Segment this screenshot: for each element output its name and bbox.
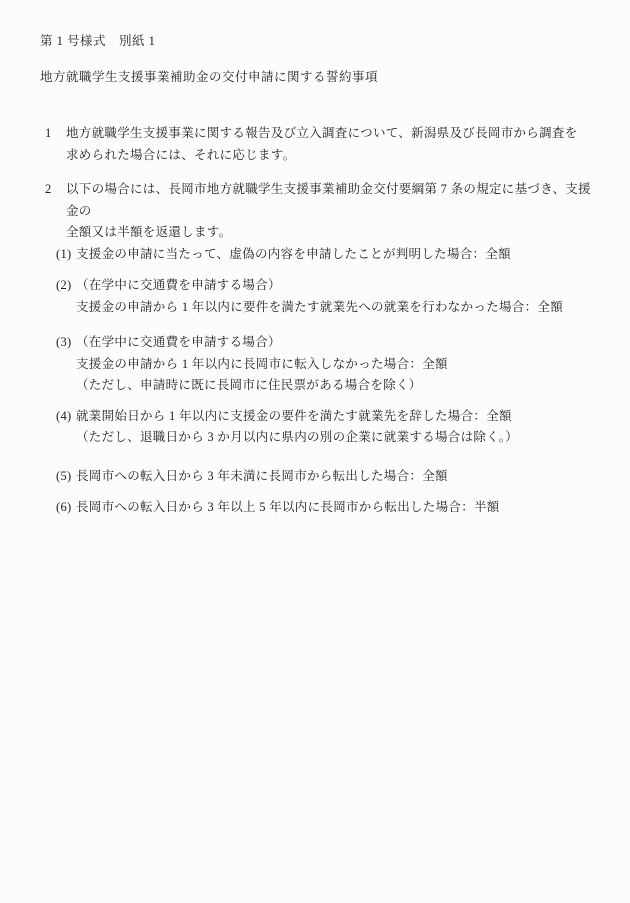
- clause-2-subitem-3: (3) （在学中に交通費を申請する場合） 支援金の申請から 1 年以内に長岡市に…: [56, 332, 592, 397]
- subitem-1-line-1: 支援金の申請に当たって、虚偽の内容を申請したことが判明した場合：全額: [76, 244, 592, 266]
- subitem-4-line-1: 就業開始日から 1 年以内に支援金の要件を満たす就業先を辞した場合：全額: [76, 406, 592, 428]
- subitem-5-line-1: 長岡市への転入日から 3 年未満に長岡市から転出した場合：全額: [76, 466, 592, 488]
- clause-2-subitem-5: (5) 長岡市への転入日から 3 年未満に長岡市から転出した場合：全額: [56, 466, 592, 488]
- subitem-3-number: (3): [56, 332, 76, 397]
- clause-2-line-2: 全額又は半額を返還します。: [66, 222, 592, 244]
- subitem-2-line-2: 支援金の申請から 1 年以内に要件を満たす就業先への就業を行わなかった場合：全額: [76, 297, 592, 319]
- clause-2-subitem-6: (6) 長岡市への転入日から 3 年以上 5 年以内に長岡市から転出した場合：半…: [56, 497, 592, 519]
- subitem-3-line-1: （在学中に交通費を申請する場合）: [76, 332, 592, 354]
- subitem-4-number: (4): [56, 406, 76, 449]
- clause-2-text: 以下の場合には、長岡市地方就職学生支援事業補助金交付要綱第 7 条の規定に基づき…: [66, 179, 592, 244]
- clause-2-subitem-2: (2) （在学中に交通費を申請する場合） 支援金の申請から 1 年以内に要件を満…: [56, 275, 592, 318]
- subitem-2-number: (2): [56, 275, 76, 318]
- clause-2-subitem-4: (4) 就業開始日から 1 年以内に支援金の要件を満たす就業先を辞した場合：全額…: [56, 406, 592, 449]
- clause-1-number: 1: [45, 123, 66, 166]
- clause-2-number: 2: [45, 179, 66, 244]
- subitem-1-text: 支援金の申請に当たって、虚偽の内容を申請したことが判明した場合：全額: [76, 244, 592, 266]
- subitem-5-number: (5): [56, 466, 76, 488]
- clause-2: 2 以下の場合には、長岡市地方就職学生支援事業補助金交付要綱第 7 条の規定に基…: [45, 179, 592, 244]
- subitem-2-text: （在学中に交通費を申請する場合） 支援金の申請から 1 年以内に要件を満たす就業…: [76, 275, 592, 318]
- subitem-3-line-2: 支援金の申請から 1 年以内に長岡市に転入しなかった場合：全額: [76, 354, 592, 376]
- subitem-6-line-1: 長岡市への転入日から 3 年以上 5 年以内に長岡市から転出した場合：半額: [76, 497, 592, 519]
- subitem-6-number: (6): [56, 497, 76, 519]
- page-title: 地方就職学生支援事業補助金の交付申請に関する誓約事項: [40, 67, 592, 89]
- clause-1: 1 地方就職学生支援事業に関する報告及び立入調査について、新潟県及び長岡市から調…: [45, 123, 592, 166]
- subitem-3-text: （在学中に交通費を申請する場合） 支援金の申請から 1 年以内に長岡市に転入しな…: [76, 332, 592, 397]
- subitem-4-text: 就業開始日から 1 年以内に支援金の要件を満たす就業先を辞した場合：全額 （ただ…: [76, 406, 592, 449]
- clause-2-line-1: 以下の場合には、長岡市地方就職学生支援事業補助金交付要綱第 7 条の規定に基づき…: [66, 179, 592, 222]
- clause-1-text: 地方就職学生支援事業に関する報告及び立入調査について、新潟県及び長岡市から調査を…: [66, 123, 592, 166]
- subitem-5-text: 長岡市への転入日から 3 年未満に長岡市から転出した場合：全額: [76, 466, 592, 488]
- subitem-2-line-1: （在学中に交通費を申請する場合）: [76, 275, 592, 297]
- document-page: 第 1 号様式 別紙 1 地方就職学生支援事業補助金の交付申請に関する誓約事項 …: [0, 0, 630, 903]
- clause-1-line-2: 求められた場合には、それに応じます。: [66, 145, 592, 167]
- subitem-4-line-2: （ただし、退職日から 3 か月以内に県内の別の企業に就業する場合は除く。）: [76, 427, 592, 449]
- clause-2-subitem-1: (1) 支援金の申請に当たって、虚偽の内容を申請したことが判明した場合：全額: [56, 244, 592, 266]
- subitem-1-number: (1): [56, 244, 76, 266]
- form-label: 第 1 号様式 別紙 1: [40, 31, 592, 53]
- subitem-3-line-3: （ただし、申請時に既に長岡市に住民票がある場合を除く）: [76, 375, 592, 397]
- clause-1-line-1: 地方就職学生支援事業に関する報告及び立入調査について、新潟県及び長岡市から調査を: [66, 123, 592, 145]
- subitem-6-text: 長岡市への転入日から 3 年以上 5 年以内に長岡市から転出した場合：半額: [76, 497, 592, 519]
